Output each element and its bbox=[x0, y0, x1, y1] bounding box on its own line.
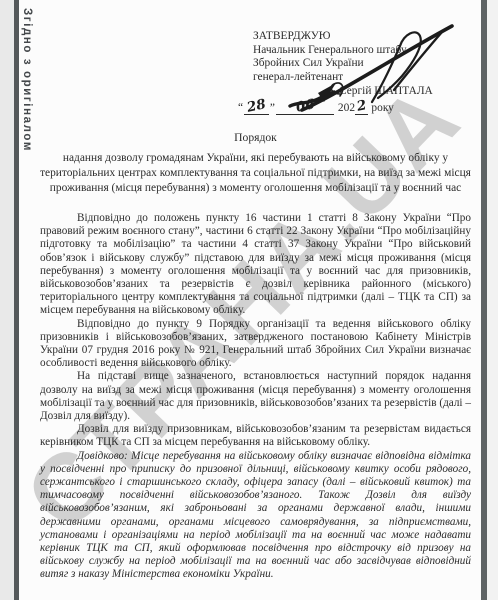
date-close-quote: ” bbox=[269, 102, 276, 116]
date-day-underline: 28 bbox=[244, 100, 269, 116]
certified-copy-stamp: Згідно з оригіналом bbox=[21, 8, 33, 152]
paragraph: Дозвіл для виїзду призовникам, військово… bbox=[40, 423, 471, 449]
document-body: Відповідно до положень пункту 16 частини… bbox=[40, 212, 471, 582]
paragraph: Відповідно до положень пункту 16 частини… bbox=[40, 212, 471, 318]
scan-edge-bar-right bbox=[481, 0, 487, 600]
scan-margin-left bbox=[0, 0, 14, 600]
title-block: Порядок надання дозволу громадянам Украї… bbox=[40, 131, 471, 196]
paragraph: Відповідно до пункту 9 Порядку організац… bbox=[40, 318, 471, 371]
scan-margin-right bbox=[487, 0, 498, 600]
document-content: ЗАТВЕРДЖУЮ Начальник Генерального штабу … bbox=[0, 0, 498, 600]
paragraph: На підставі вище зазначеного, встановлює… bbox=[40, 370, 471, 423]
paragraph-reference-note: Довідково: Місце перебування на військов… bbox=[40, 450, 471, 582]
document-title: Порядок bbox=[40, 131, 471, 144]
document-subtitle: надання дозволу громадянам України, які … bbox=[40, 151, 471, 196]
handwritten-day: 28 bbox=[246, 98, 267, 114]
signature-scribble bbox=[288, 20, 463, 120]
date-open-quote: “ bbox=[237, 102, 244, 116]
scanned-document-page: СТРАНА.UA Згідно з оригіналом ЗАТВЕРДЖУЮ… bbox=[0, 0, 498, 600]
scan-edge-bar-left bbox=[14, 0, 19, 600]
